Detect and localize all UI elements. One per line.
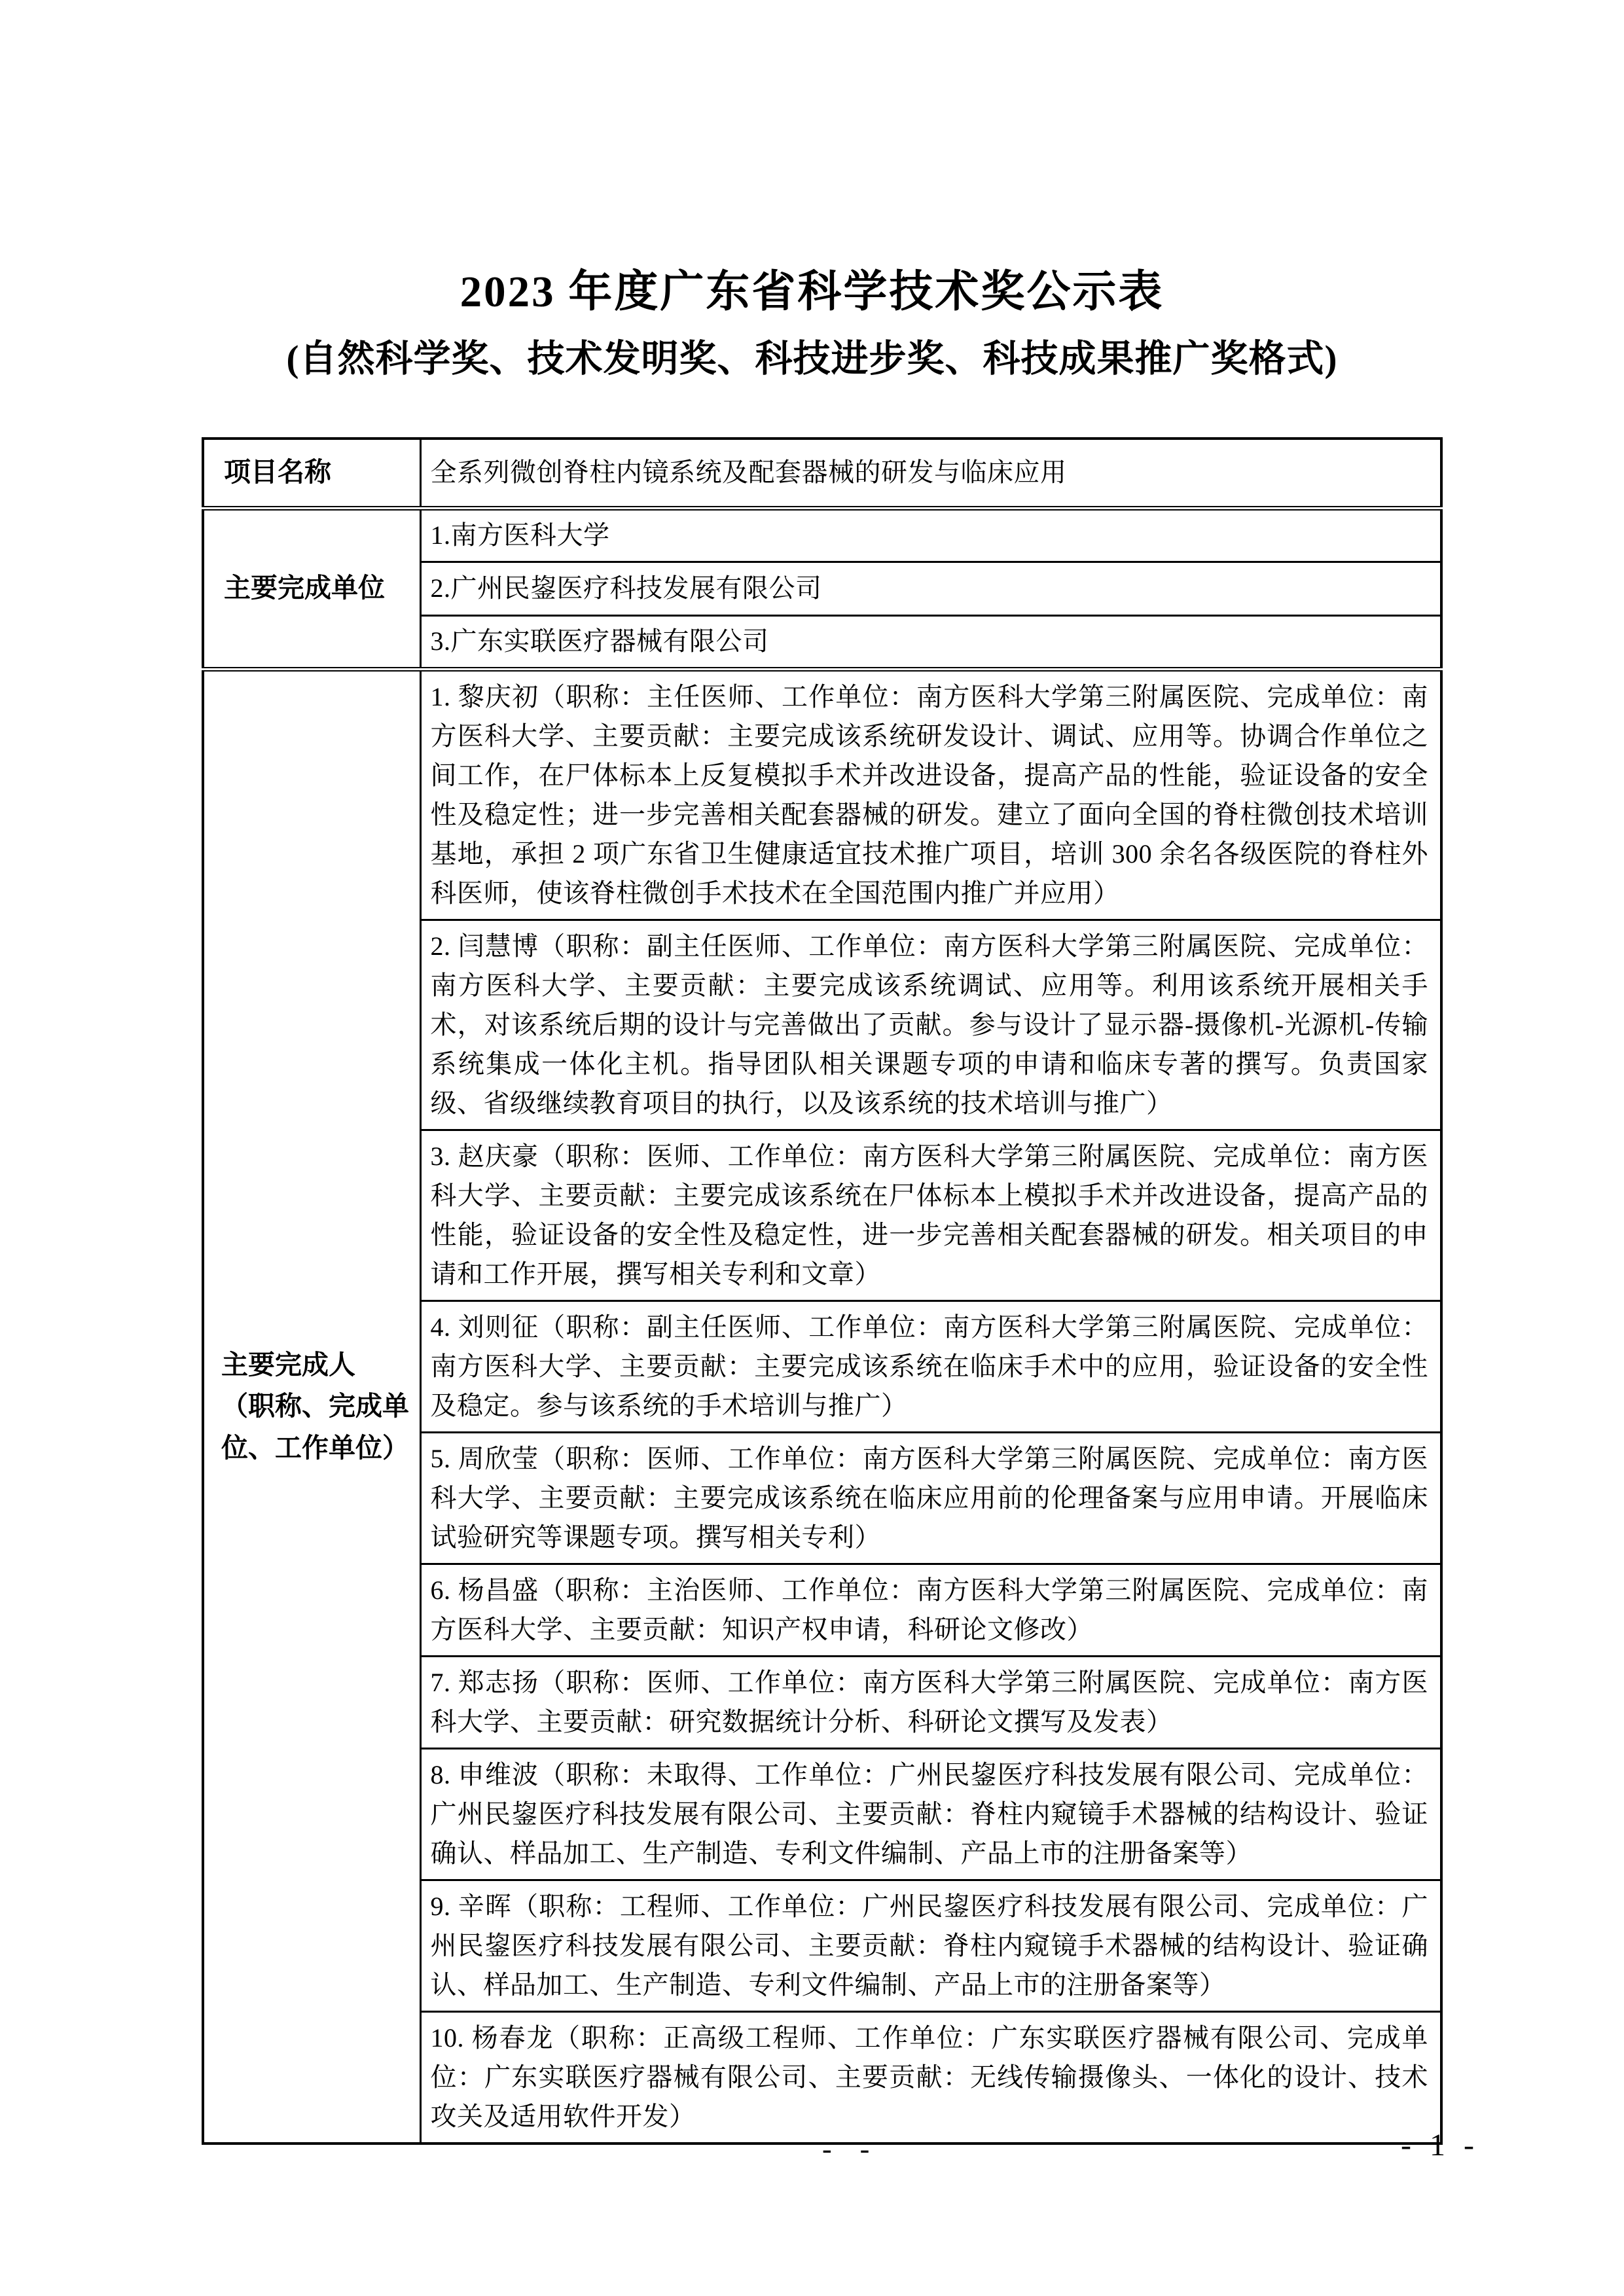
person-entry-3: 3. 赵庆豪（职称：医师、工作单位：南方医科大学第三附属医院、完成单位：南方医科… [420, 1130, 1441, 1300]
person-entry-9: 9. 辛晖（职称：工程师、工作单位：广州民鋆医疗科技发展有限公司、完成单位：广州… [420, 1880, 1441, 2011]
person-entry-1: 1. 黎庆初（职称：主任医师、工作单位：南方医科大学第三附属医院、完成单位：南方… [420, 669, 1441, 920]
table-row-unit-1: 主要完成单位 1.南方医科大学 [203, 508, 1441, 562]
project-name-label: 项目名称 [203, 439, 420, 508]
person-entry-2: 2. 闫慧博（职称：副主任医师、工作单位：南方医科大学第三附属医院、完成单位：南… [420, 920, 1441, 1130]
person-entry-5: 5. 周欣莹（职称：医师、工作单位：南方医科大学第三附属医院、完成单位：南方医科… [420, 1432, 1441, 1564]
table-row-person-1: 主要完成人 （职称、完成单位、工作单位） 1. 黎庆初（职称：主任医师、工作单位… [203, 669, 1441, 920]
unit-entry-1: 1.南方医科大学 [420, 508, 1441, 562]
award-publicity-table: 项目名称 全系列微创脊柱内镜系统及配套器械的研发与临床应用 主要完成单位 1.南… [202, 437, 1443, 2145]
table-row-project: 项目名称 全系列微创脊柱内镜系统及配套器械的研发与临床应用 [203, 439, 1441, 508]
unit-entry-2: 2.广州民鋆医疗科技发展有限公司 [420, 562, 1441, 615]
page-title: 2023 年度广东省科学技术奖公示表 [0, 0, 1624, 319]
main-persons-label: 主要完成人 （职称、完成单位、工作单位） [203, 669, 420, 2144]
unit-entry-3: 3.广东实联医疗器械有限公司 [420, 615, 1441, 669]
person-entry-10: 10. 杨春龙（职称：正高级工程师、工作单位：广东实联医疗器械有限公司、完成单位… [420, 2011, 1441, 2144]
person-entry-7: 7. 郑志扬（职称：医师、工作单位：南方医科大学第三附属医院、完成单位：南方医科… [420, 1656, 1441, 1748]
document-page: 2023 年度广东省科学技术奖公示表 (自然科学奖、技术发明奖、科技进步奖、科技… [0, 0, 1624, 2296]
footer-page-number: - 1 - [1401, 2127, 1479, 2163]
main-units-label: 主要完成单位 [203, 508, 420, 669]
person-entry-6: 6. 杨昌盛（职称：主治医师、工作单位：南方医科大学第三附属医院、完成单位：南方… [420, 1564, 1441, 1656]
footer-center-dashes: - - [822, 2132, 880, 2166]
person-entry-8: 8. 申维波（职称：未取得、工作单位：广州民鋆医疗科技发展有限公司、完成单位：广… [420, 1748, 1441, 1880]
project-name-value: 全系列微创脊柱内镜系统及配套器械的研发与临床应用 [420, 439, 1441, 508]
person-entry-4: 4. 刘则征（职称：副主任医师、工作单位：南方医科大学第三附属医院、完成单位：南… [420, 1300, 1441, 1432]
page-subtitle: (自然科学奖、技术发明奖、科技进步奖、科技成果推广奖格式) [0, 329, 1624, 382]
